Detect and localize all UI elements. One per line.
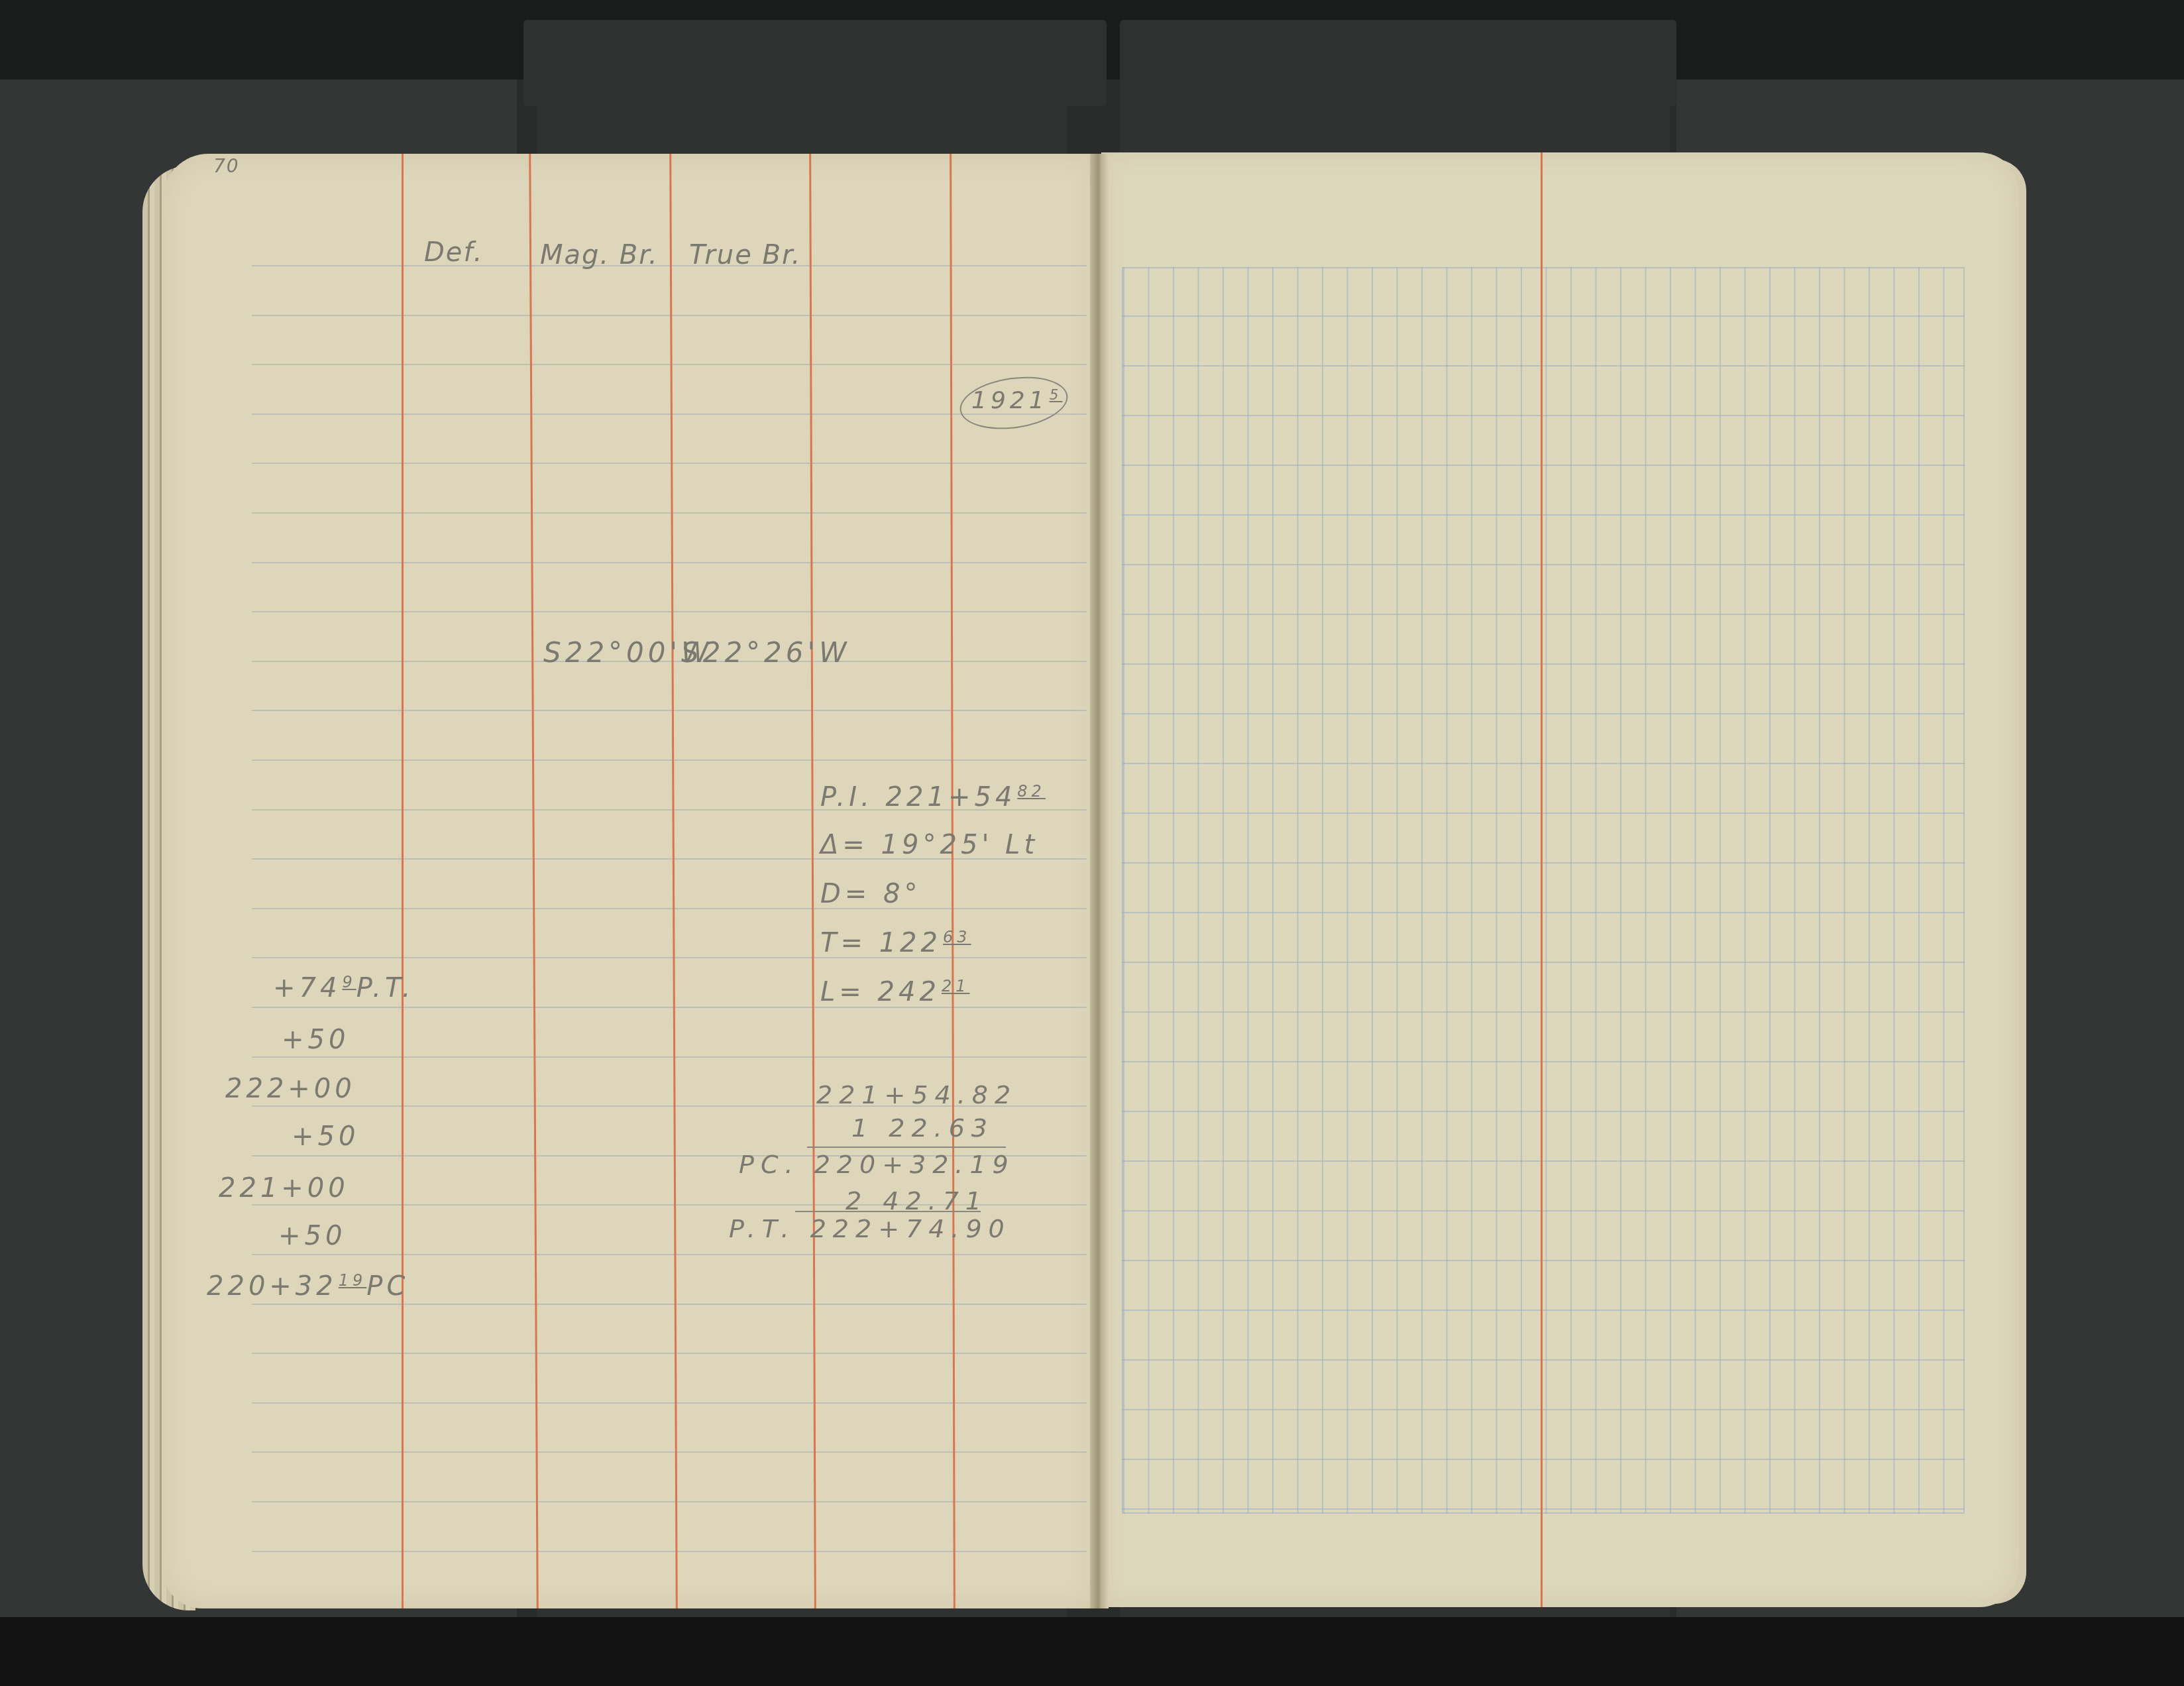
station-value: +74 bbox=[273, 973, 341, 1003]
ruled-line bbox=[252, 1056, 1087, 1058]
background-bottom bbox=[0, 1617, 2184, 1686]
holder-tab-right bbox=[1120, 20, 1676, 106]
curve-pi: P.I. 221+5482 bbox=[820, 782, 1046, 813]
degree-label: D= bbox=[820, 879, 871, 909]
ruled-line bbox=[252, 562, 1087, 563]
left-page bbox=[162, 154, 1097, 1608]
curve-length: L= 24221 bbox=[820, 977, 969, 1007]
column-rule-1 bbox=[402, 154, 404, 1608]
tangent-decimal: 63 bbox=[943, 928, 971, 946]
holder-tab-left bbox=[523, 20, 1107, 106]
pi-decimal: 82 bbox=[1017, 782, 1046, 801]
station-note: PC bbox=[366, 1271, 409, 1302]
ruled-line bbox=[252, 1304, 1087, 1305]
ruled-line bbox=[252, 710, 1087, 711]
calc-row-pc: PC. 220+32.19 bbox=[739, 1150, 1015, 1179]
ruled-line bbox=[252, 1254, 1087, 1255]
calc-label: P.T. bbox=[729, 1214, 796, 1243]
length-decimal: 21 bbox=[942, 977, 970, 995]
right-page-center-rule bbox=[1541, 152, 1543, 1607]
station-pc: 220+3219PC bbox=[207, 1271, 409, 1302]
ruled-line bbox=[252, 1501, 1087, 1502]
station-row: +50 bbox=[292, 1121, 359, 1152]
station-pt: +749P.T. bbox=[273, 973, 414, 1003]
length-value: 242 bbox=[878, 977, 940, 1007]
true-bearing-value: S22°26'W bbox=[681, 636, 851, 669]
ruled-line bbox=[252, 1551, 1087, 1552]
calc-value: 220+32.19 bbox=[814, 1150, 1015, 1179]
ruled-line bbox=[252, 908, 1087, 909]
station-value: 220+32 bbox=[207, 1271, 337, 1302]
notebook-gutter bbox=[1090, 154, 1109, 1608]
ruled-line bbox=[252, 315, 1087, 316]
delta-label: Δ= bbox=[820, 830, 869, 860]
station-row: 222+00 bbox=[225, 1074, 356, 1104]
ruled-line bbox=[252, 1402, 1087, 1404]
length-label: L= bbox=[820, 977, 865, 1007]
ruled-line bbox=[252, 463, 1087, 464]
tangent-value: 122 bbox=[879, 928, 942, 958]
station-row: +50 bbox=[278, 1221, 346, 1251]
calc-row-pt: P.T. 222+74.90 bbox=[729, 1214, 1011, 1243]
calc-rule-1 bbox=[807, 1147, 1006, 1148]
ruled-line bbox=[252, 611, 1087, 612]
ruled-line bbox=[252, 364, 1087, 365]
tangent-label: T= bbox=[820, 928, 867, 958]
column-header-deflection: Def. bbox=[424, 237, 484, 268]
calc-rule-2 bbox=[795, 1211, 981, 1212]
page-number: 70 bbox=[213, 155, 240, 177]
station-decimal: 9 bbox=[342, 973, 356, 991]
column-header-true-bearing: True Br. bbox=[689, 240, 801, 270]
degree-value: 8° bbox=[883, 879, 921, 909]
ruled-line bbox=[252, 759, 1087, 761]
curve-tangent: T= 12263 bbox=[820, 928, 971, 958]
station-decimal: 19 bbox=[339, 1271, 367, 1290]
pi-value: 221+54 bbox=[886, 782, 1016, 813]
station-row: 221+00 bbox=[219, 1173, 349, 1204]
column-header-magnetic-bearing: Mag. Br. bbox=[540, 240, 659, 270]
calc-row-tangent: 1 22.63 bbox=[851, 1113, 994, 1143]
pi-label: P.I. bbox=[820, 782, 873, 813]
ruled-line bbox=[252, 1353, 1087, 1354]
graph-paper-grid bbox=[1122, 267, 1965, 1514]
curve-delta: Δ= 19°25' Lt bbox=[820, 830, 1038, 860]
calc-value: 222+74.90 bbox=[810, 1214, 1011, 1243]
date-note: 19215 bbox=[971, 387, 1062, 414]
calc-label: PC. bbox=[739, 1150, 800, 1179]
curve-degree: D= 8° bbox=[820, 879, 922, 909]
date-superscript: 5 bbox=[1050, 387, 1063, 404]
date-year: 1921 bbox=[971, 387, 1048, 414]
station-note: P.T. bbox=[356, 973, 415, 1003]
ruled-line bbox=[252, 1451, 1087, 1453]
calc-row-pi: 221+54.82 bbox=[816, 1080, 1017, 1109]
delta-value: 19°25' Lt bbox=[881, 830, 1038, 860]
ruled-line bbox=[252, 512, 1087, 514]
station-row: +50 bbox=[282, 1025, 349, 1055]
